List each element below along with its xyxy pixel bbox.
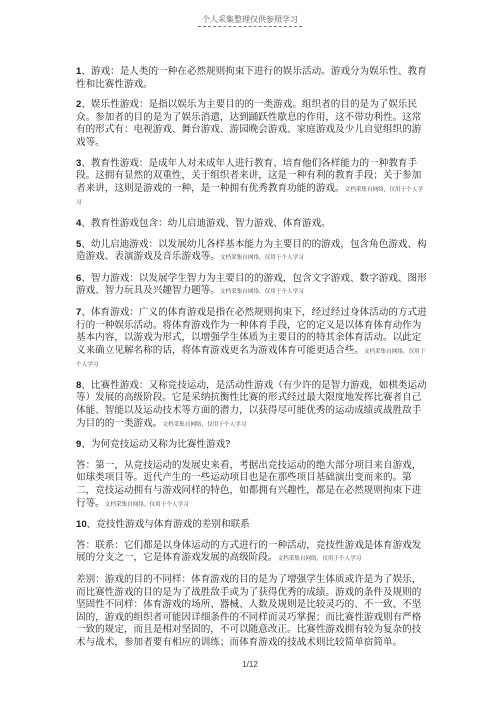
header-text: 个人采集整理仅供参照学习: [198, 14, 302, 27]
paragraph-10: 10、竞技性游戏与体育游戏的差别和联系: [76, 519, 428, 532]
page-header: 个人采集整理仅供参照学习: [0, 14, 500, 27]
page-number: 1/12: [0, 660, 500, 669]
source-note: 文档采集自网络，仅用于个人学习: [162, 422, 246, 428]
answer-10-difference: 差别：游戏的目的不同样：体育游戏的目的是为了增强学生体质或许是为了娱乐，而比赛性…: [76, 574, 428, 650]
paragraph-6: 6、智力游戏：以发展学生智力为主要目的的游戏，包含文字游戏、数字游戏、图形游戏、…: [76, 273, 428, 299]
paragraph-3: 3、教育性游戏：是成年人对未成年人进行教育、培育他们各样能力的一种教育手段。这拥…: [76, 158, 428, 210]
answer-9: 答：第一，从竞技运动的发展史来看，考据出竞技运动的绝大部分项目来自游戏，如球类项…: [76, 460, 428, 511]
paragraph-4: 4、教育性游戏包含：幼儿启迪游戏、智力游戏、体育游戏。: [76, 218, 428, 231]
paragraph-1: 1、游戏：是人类的一种在必然规则拘束下进行的娱乐活动。游戏分为娱乐性、教育性和比…: [76, 66, 428, 91]
paragraph-7: 7、体育游戏：广义的体育游戏是指在必然规则拘束下，经过经过身体活动的方式进行的一…: [76, 307, 428, 372]
paragraph-8: 8、比赛性游戏：又称竞技运动，是活动性游戏（有少许的是智力游戏，如棋类运动等）发…: [76, 380, 428, 431]
paragraph-5: 5、幼儿启迪游戏：以发展幼儿各样基本能力为主要目的的游戏，包含角色游戏、构造游戏…: [76, 239, 428, 265]
source-note: 文档采集自网络，仅用于个人学习: [220, 289, 304, 295]
paragraph-2: 2、娱乐性游戏：是指以娱乐为主要目的的一类游戏。组织者的目的是为了娱乐民众。参加…: [76, 99, 428, 149]
source-note: 文档采集自网络，仅用于个人学习: [105, 502, 189, 508]
paragraph-9: 9、为何竞技运动又称为比赛性游戏?: [76, 439, 428, 452]
source-note: 文档采集自网络，仅用于个人学习: [277, 556, 361, 562]
answer-10-relation: 答：联系：它们都是以身体运动的方式进行的一种活动，竞技性游戏是体育游戏发展的分支…: [76, 540, 428, 566]
source-note: 文档采集自网络，仅用于个人学习: [220, 255, 304, 261]
document-body: 1、游戏：是人类的一种在必然规则拘束下进行的娱乐活动。游戏分为娱乐性、教育性和比…: [76, 66, 428, 658]
